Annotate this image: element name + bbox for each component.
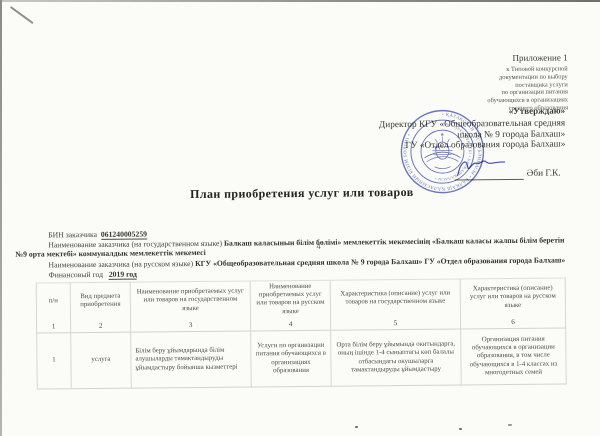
col-header-desc-ru: Характеристика (описание) услуг или това… — [461, 277, 566, 316]
col-number: 6 — [461, 315, 566, 329]
name-ru-label: Наименование заказчика (на русском языке… — [48, 259, 193, 269]
col-number: 2 — [71, 319, 131, 333]
year-value: 2019 год — [109, 269, 137, 279]
signer-name: Әби Г.К. — [527, 168, 561, 178]
document-title: План приобретения услуг или товаров — [0, 183, 600, 204]
col-header-type: Вид предмета приобретения — [71, 282, 131, 320]
stamp-emblem: ★ — [424, 132, 460, 169]
col-header-name-ru: Наименование приобретаемых услуг или тов… — [251, 280, 331, 319]
col-header-name-kz: Наименование приобретаемых услуг или тов… — [131, 280, 251, 319]
svg-text:★: ★ — [440, 132, 445, 138]
customer-details: БИН заказчика 061240005259 Наименование … — [15, 225, 567, 280]
row-cell-desc-kz: Орта білім беру ұйымында окитындарга, он… — [331, 329, 462, 386]
scan-speck — [459, 428, 462, 430]
col-number: 5 — [331, 316, 461, 330]
scan-speck — [508, 424, 512, 426]
col-number: 3 — [131, 318, 251, 332]
row-cell-desc-ru: Организация питания обучающихся в органи… — [461, 328, 567, 385]
col-number: 4 — [251, 318, 331, 332]
col-number: 1 — [36, 320, 71, 334]
procurement-table: п/н Вид предмета приобретения Наименован… — [36, 277, 567, 389]
document-content: Приложение 1 к Типовой конкурсной докуме… — [0, 0, 600, 436]
col-header-number: п/н — [36, 282, 71, 320]
appendix-title: Приложение 1 — [298, 52, 568, 65]
bin-label: БИН заказчика — [48, 230, 97, 239]
row-cell-name-kz: Білім беру ұйымдарында білім алушыларды … — [131, 331, 252, 388]
scan-speck — [355, 426, 358, 428]
row-cell-name-ru: Услуги по организации питания обучающихс… — [251, 331, 332, 388]
scanned-document-page: { "appendix": { "title": "Приложение 1",… — [0, 0, 600, 436]
row-cell-type: услуга — [71, 333, 132, 390]
year-label: Финансовый год — [49, 270, 104, 280]
col-header-desc-kz: Характеристика (описание) услуг или това… — [331, 278, 461, 317]
row-cell-number: 1 — [36, 333, 72, 389]
